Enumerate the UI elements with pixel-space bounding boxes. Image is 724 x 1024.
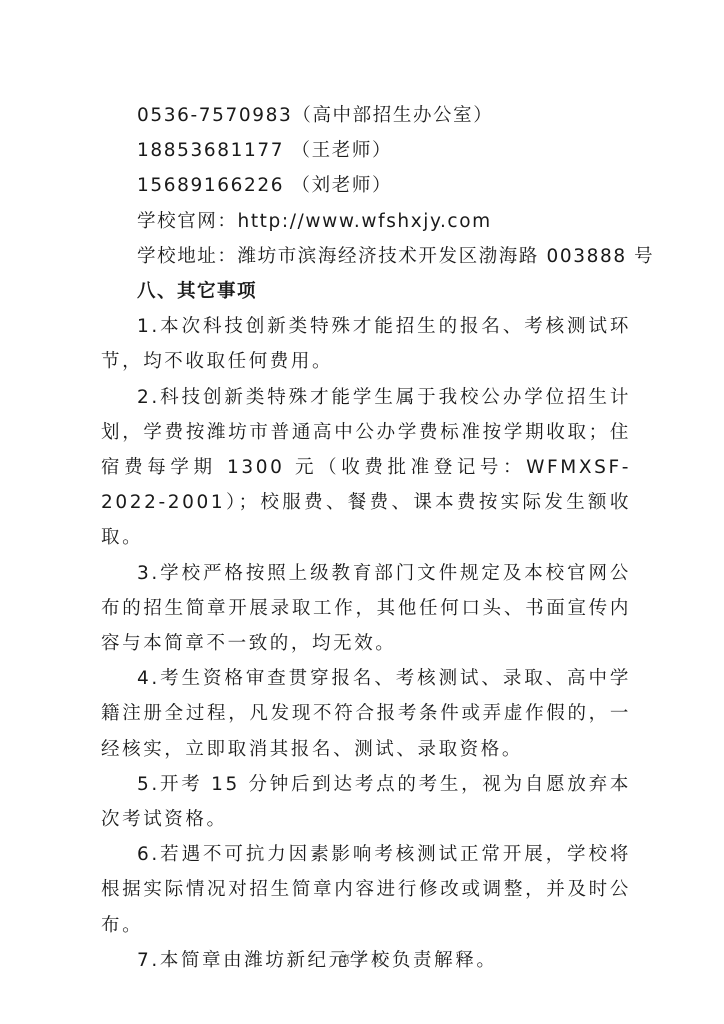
item-3: 3.学校严格按照上级教育部门文件规定及本校官网公布的招生简章开展录取工作，其他任… [101, 556, 631, 662]
item-1: 1.本次科技创新类特殊才能招生的报名、考核测试环节，均不收取任何费用。 [101, 309, 631, 379]
contact-office-phone: 0536-7570983（高中部招生办公室） [101, 98, 631, 133]
page-number: 第 7 页 [0, 951, 724, 967]
item-4: 4.考生资格审查贯穿报名、考核测试、录取、高中学籍注册全过程，凡发现不符合报考条… [101, 661, 631, 767]
contact-website: 学校官网：http://www.wfshxjy.com [101, 204, 631, 239]
contact-phone-wang: 18853681177 （王老师） [101, 133, 631, 168]
section-heading: 八、其它事项 [101, 274, 631, 309]
contact-phone-liu: 15689166226 （刘老师） [101, 168, 631, 203]
item-6: 6.若遇不可抗力因素影响考核测试正常开展，学校将根据实际情况对招生简章内容进行修… [101, 837, 631, 943]
contact-address: 学校地址：潍坊市滨海经济技术开发区渤海路 003888 号 [101, 239, 631, 274]
document-page: 0536-7570983（高中部招生办公室） 18853681177 （王老师）… [0, 0, 724, 1024]
item-5: 5.开考 15 分钟后到达考点的考生，视为自愿放弃本次考试资格。 [101, 767, 631, 837]
item-2: 2.科技创新类特殊才能学生属于我校公办学位招生计划，学费按潍坊市普通高中公办学费… [101, 380, 631, 556]
document-body: 0536-7570983（高中部招生办公室） 18853681177 （王老师）… [101, 98, 631, 978]
